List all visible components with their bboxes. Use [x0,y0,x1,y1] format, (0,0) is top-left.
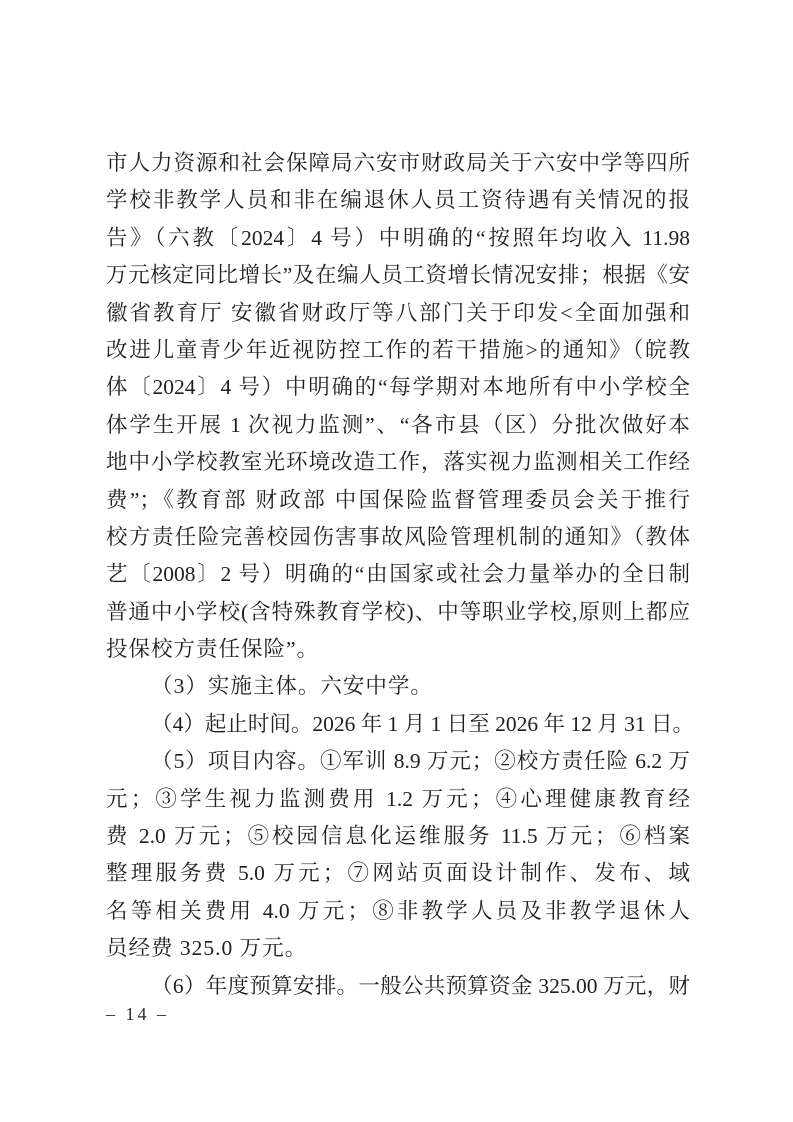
text-line: 艺〔2008〕2 号）明确的“由国家或社会力量举办的全日制 [106,556,690,593]
text-line: 员经费 325.0 万元。 [106,930,690,967]
text-line: 徽省教育厅 安徽省财政厅等八部门关于印发<全面加强和 [106,295,690,332]
text-line: 万元核定同比增长”及在编人员工资增长情况安排；根据《安 [106,257,690,294]
text-line: （4）起止时间。2026 年 1 月 1 日至 2026 年 12 月 31 日… [106,706,690,743]
text-line: 费 2.0 万元；⑤校园信息化运维服务 11.5 万元；⑥档案 [106,818,690,855]
text-line: 学校非教学人员和非在编退休人员工资待遇有关情况的报 [106,182,690,219]
text-line: 普通中小学校(含特殊教育学校)、中等职业学校,原则上都应 [106,594,690,631]
text-line: 地中小学校教室光环境改造工作，落实视力监测相关工作经 [106,444,690,481]
text-line: 校方责任险完善校园伤害事故风险管理机制的通知》（教体 [106,519,690,556]
text-line: （3）实施主体。六安中学。 [106,668,690,705]
text-line: 告》（六教〔2024〕4 号）中明确的“按照年均收入 11.98 [106,220,690,257]
text-line: 体学生开展 1 次视力监测”、“各市县（区）分批次做好本 [106,407,690,444]
text-line: 元；③学生视力监测费用 1.2 万元；④心理健康教育经 [106,781,690,818]
text-line: 市人力资源和社会保障局六安市财政局关于六安中学等四所 [106,145,690,182]
text-line: 投保校方责任保险”。 [106,631,690,668]
page-number: – 14 – [106,1003,169,1025]
document-page: 市人力资源和社会保障局六安市财政局关于六安中学等四所学校非教学人员和非在编退休人… [0,0,793,1122]
text-line: 费”；《教育部 财政部 中国保险监督管理委员会关于推行 [106,482,690,519]
document-body: 市人力资源和社会保障局六安市财政局关于六安中学等四所学校非教学人员和非在编退休人… [106,145,690,1005]
text-line: 改进儿童青少年近视防控工作的若干措施>的通知》（皖教 [106,332,690,369]
text-line: 整理服务费 5.0 万元；⑦网站页面设计制作、发布、域 [106,855,690,892]
text-line: （5）项目内容。①军训 8.9 万元；②校方责任险 6.2 万 [106,743,690,780]
text-line: 名等相关费用 4.0 万元；⑧非教学人员及非教学退休人 [106,893,690,930]
text-line: （6）年度预算安排。一般公共预算资金 325.00 万元，财 [106,968,690,1005]
text-line: 体〔2024〕4 号）中明确的“每学期对本地所有中小学校全 [106,369,690,406]
